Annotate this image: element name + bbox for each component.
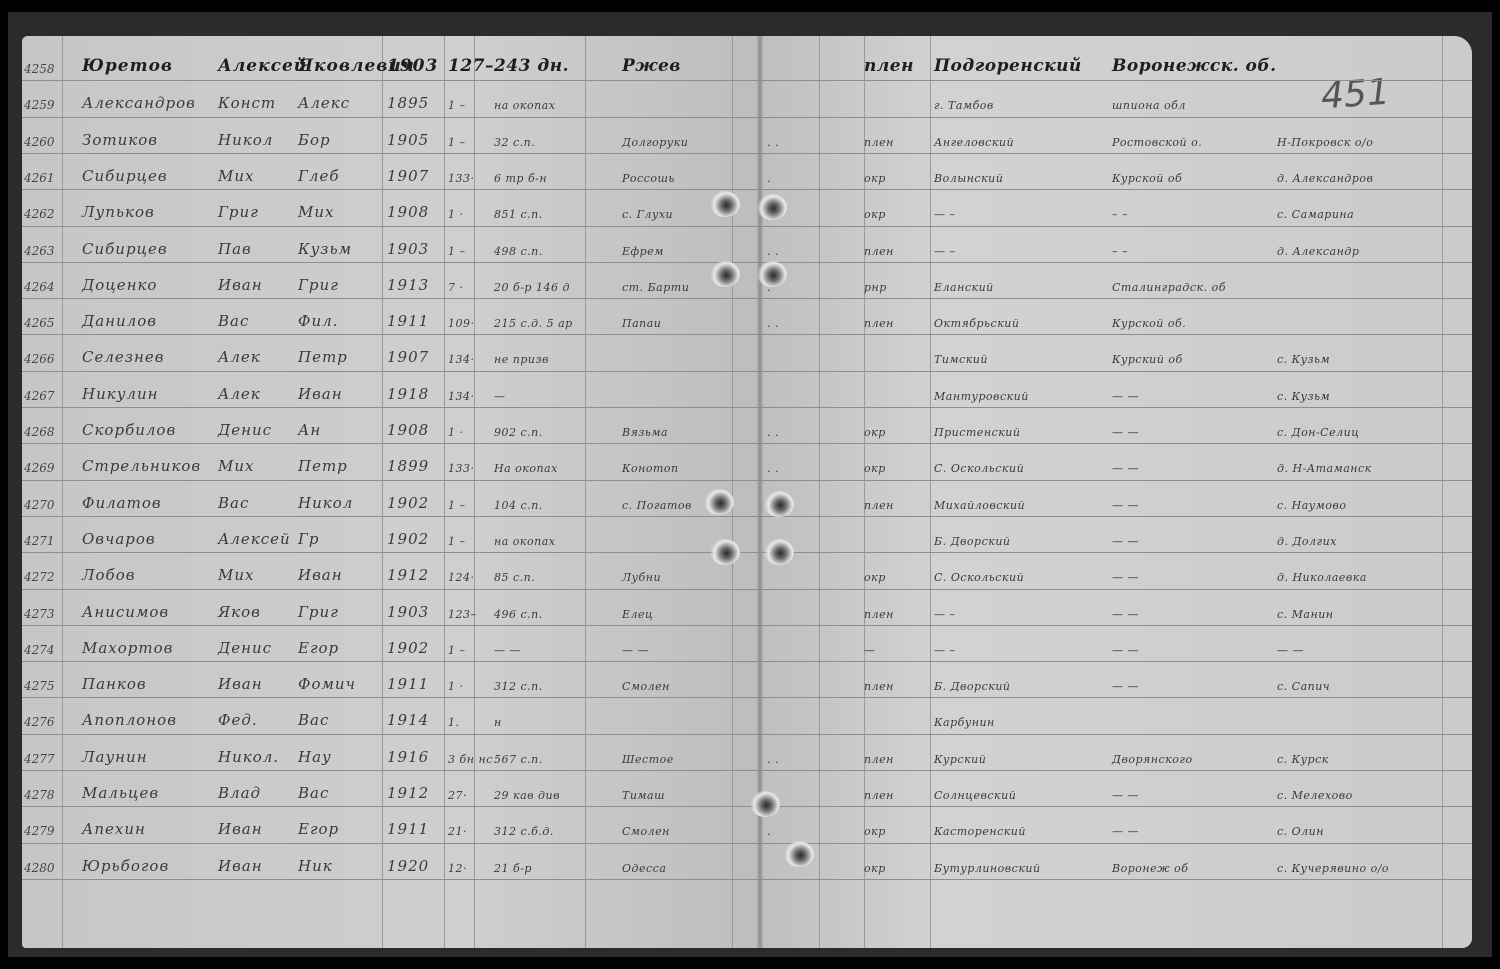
code: 133· xyxy=(448,462,475,475)
record-number: 4267 xyxy=(24,389,55,403)
record-number: 4263 xyxy=(24,244,55,258)
unit: 851 с.п. xyxy=(494,208,543,221)
patronymic: Гр xyxy=(298,530,320,548)
village: д. Николаевка xyxy=(1277,571,1367,584)
record-number: 4264 xyxy=(24,280,55,294)
record-number: 4260 xyxy=(24,135,55,149)
table-row: 4275ПанковИванФомич19111 ·312 с.п.Смолен… xyxy=(22,661,1472,697)
code: 12· xyxy=(448,862,467,875)
patronymic: Петр xyxy=(298,348,348,366)
status: окр xyxy=(864,172,886,185)
status: — xyxy=(864,644,876,657)
table-row: 4278МальцевВладВас191227·29 кав дивТимаш… xyxy=(22,770,1472,806)
village: с. Самарина xyxy=(1277,208,1354,221)
unit: 567 с.п. xyxy=(494,753,543,766)
status: окр xyxy=(864,862,886,875)
first-name: Григ xyxy=(218,203,259,221)
region: — — xyxy=(1112,426,1139,439)
region: — — xyxy=(1112,535,1139,548)
record-number: 4276 xyxy=(24,715,55,729)
code: 27· xyxy=(448,789,467,802)
birth-year: 1916 xyxy=(387,748,429,766)
surname: Филатов xyxy=(82,494,162,512)
district: Карбунин xyxy=(934,716,995,729)
record-number: 4274 xyxy=(24,643,55,657)
first-name: Никол. xyxy=(218,748,279,766)
birth-year: 1907 xyxy=(387,167,429,185)
birth-year: 1899 xyxy=(387,457,429,475)
record-number: 4265 xyxy=(24,316,55,330)
patronymic: Вас xyxy=(298,711,329,729)
table-row: 4266СелезневАлекПетр1907134·не призвТимс… xyxy=(22,334,1472,370)
district: Бутурлиновский xyxy=(934,862,1041,875)
village: с. Сапич xyxy=(1277,680,1330,693)
unit: на окопах xyxy=(494,99,555,112)
status: окр xyxy=(864,426,886,439)
place: Ефрем xyxy=(622,245,664,258)
birth-year: 1918 xyxy=(387,385,429,403)
surname: Махортов xyxy=(82,639,173,657)
surname: Селезнев xyxy=(82,348,164,366)
region: шпиона обл xyxy=(1112,99,1186,112)
first-name: Яков xyxy=(218,603,261,621)
status: плен xyxy=(864,789,894,802)
unit: 902 с.п. xyxy=(494,426,543,439)
place: Папаи xyxy=(622,317,661,330)
place: Ржев xyxy=(622,56,681,76)
first-name: Вас xyxy=(218,312,249,330)
place: — — xyxy=(622,644,649,657)
unit: 312 с.б.д. xyxy=(494,825,554,838)
region: — — xyxy=(1112,825,1139,838)
patronymic: Мих xyxy=(298,203,334,221)
table-row: 4262ЛупьковГригМих19081 ·851 с.п.с. Глух… xyxy=(22,189,1472,225)
code: 1 – xyxy=(448,136,466,149)
place: ст. Барти xyxy=(622,281,689,294)
region: Курской об. xyxy=(1112,317,1186,330)
surname: Лобов xyxy=(82,566,135,584)
birth-year: 1902 xyxy=(387,530,429,548)
village: — — xyxy=(1277,644,1304,657)
region: — — xyxy=(1112,680,1139,693)
table-row: 4272ЛобовМихИван1912124·85 с.п.ЛубниокрС… xyxy=(22,552,1472,588)
place: Вязьма xyxy=(622,426,668,439)
region: — — xyxy=(1112,499,1139,512)
region: Воронеж об xyxy=(1112,862,1188,875)
record-number: 4273 xyxy=(24,607,55,621)
punch-hole xyxy=(710,539,740,565)
first-name: Иван xyxy=(218,276,263,294)
unit: не призв xyxy=(494,353,549,366)
code: 1 · xyxy=(448,208,464,221)
first-name: Никол xyxy=(218,131,273,149)
district: г. Тамбов xyxy=(934,99,994,112)
patronymic: Ник xyxy=(298,857,333,875)
unit: 6 тр б-н xyxy=(494,172,547,185)
first-name: Мих xyxy=(218,566,254,584)
district: — – xyxy=(934,208,956,221)
first-name: Влад xyxy=(218,784,261,802)
region: Воронежск. об. xyxy=(1112,56,1277,76)
patronymic: Григ xyxy=(298,603,339,621)
place: Шестое xyxy=(622,753,674,766)
district: Солнцевский xyxy=(934,789,1016,802)
table-row: 4261СибирцевМихГлеб1907133·6 тр б-нРоссо… xyxy=(22,153,1472,189)
status: плен xyxy=(864,56,914,76)
unit: 312 с.п. xyxy=(494,680,543,693)
table-row: 4260ЗотиковНиколБор19051 –32 с.п.Долгору… xyxy=(22,117,1472,153)
place: Россошь xyxy=(622,172,675,185)
surname: Лупьков xyxy=(82,203,155,221)
birth-year: 1908 xyxy=(387,203,429,221)
unit: на окопах xyxy=(494,535,555,548)
table-row: 4258ЮретовАлексейЯковлевич1903127–243 дн… xyxy=(22,44,1472,80)
status: окр xyxy=(864,208,886,221)
village: с. Наумово xyxy=(1277,499,1346,512)
status: плен xyxy=(864,753,894,766)
region: – – xyxy=(1112,245,1128,258)
first-name: Денис xyxy=(218,639,272,657)
first-name: Алексей xyxy=(218,530,291,548)
code: 123– xyxy=(448,608,477,621)
punch-hole xyxy=(704,489,734,515)
village: с. Кузьм xyxy=(1277,390,1330,403)
patronymic: Ан xyxy=(298,421,321,439)
village: с. Дон-Селиц xyxy=(1277,426,1359,439)
ledger-book: 451 4258ЮретовАлексейЯковлевич1903127–24… xyxy=(22,36,1472,948)
place: Одесса xyxy=(622,862,666,875)
record-number: 4278 xyxy=(24,788,55,802)
unit: 498 с.п. xyxy=(494,245,543,258)
first-name: Вас xyxy=(218,494,249,512)
village: с. Олин xyxy=(1277,825,1324,838)
record-number: 4279 xyxy=(24,824,55,838)
status: плен xyxy=(864,680,894,693)
district: — – xyxy=(934,608,956,621)
record-number: 4262 xyxy=(24,207,55,221)
surname: Стрельников xyxy=(82,457,201,475)
village: с. Курск xyxy=(1277,753,1329,766)
region: — — xyxy=(1112,462,1139,475)
punch-hole xyxy=(710,191,740,217)
village: с. Мелехово xyxy=(1277,789,1353,802)
first-name: Иван xyxy=(218,675,263,693)
table-row: 4274МахортовДенисЕгор19021 –— —— ——— –— … xyxy=(22,625,1472,661)
first-name: Фед. xyxy=(218,711,258,729)
patronymic: Иван xyxy=(298,385,343,403)
surname: Панков xyxy=(82,675,147,693)
birth-year: 1920 xyxy=(387,857,429,875)
unit: 104 с.п. xyxy=(494,499,543,512)
surname: Лаунин xyxy=(82,748,148,766)
table-row: 4271ОвчаровАлексейГр19021 –на окопахБ. Д… xyxy=(22,516,1472,552)
place: Елец xyxy=(622,608,653,621)
punch-hole xyxy=(757,261,787,287)
surname: Юретов xyxy=(82,56,173,76)
unit: 243 дн. xyxy=(494,56,569,76)
code: 1 – xyxy=(448,245,466,258)
place: Тимаш xyxy=(622,789,665,802)
table-row: 4264ДоценкоИванГриг19137 ·20 б-р 146 дст… xyxy=(22,262,1472,298)
first-name: Алек xyxy=(218,385,261,403)
punch-hole xyxy=(757,194,787,220)
birth-year: 1914 xyxy=(387,711,429,729)
record-number: 4269 xyxy=(24,461,55,475)
status: окр xyxy=(864,825,886,838)
region: — — xyxy=(1112,789,1139,802)
village: д. Долгих xyxy=(1277,535,1337,548)
status: плен xyxy=(864,608,894,621)
first-name: Алек xyxy=(218,348,261,366)
unit: — — xyxy=(494,644,521,657)
place: Смолен xyxy=(622,825,670,838)
patronymic: Никол xyxy=(298,494,353,512)
code: 7 · xyxy=(448,281,464,294)
first-name: Пав xyxy=(218,240,252,258)
district: Тимский xyxy=(934,353,988,366)
table-row: 4279АпехинИванЕгор191121·312 с.б.д.Смоле… xyxy=(22,806,1472,842)
code: 134· xyxy=(448,390,475,403)
patronymic: Алекс xyxy=(298,94,350,112)
district: С. Оскольский xyxy=(934,462,1024,475)
code: 1 – xyxy=(448,535,466,548)
region: Дворянского xyxy=(1112,753,1193,766)
place: Конотоп xyxy=(622,462,679,475)
birth-year: 1905 xyxy=(387,131,429,149)
region: — — xyxy=(1112,608,1139,621)
punch-hole xyxy=(764,539,794,565)
code: 3 бн нс xyxy=(448,753,493,766)
code: 133· xyxy=(448,172,475,185)
code: 1. xyxy=(448,716,460,729)
record-number: 4272 xyxy=(24,570,55,584)
birth-year: 1895 xyxy=(387,94,429,112)
place: Долгоруки xyxy=(622,136,688,149)
surname: Скорбилов xyxy=(82,421,176,439)
district: Б. Дворский xyxy=(934,535,1010,548)
marks: . . xyxy=(767,317,779,330)
record-number: 4259 xyxy=(24,98,55,112)
code: 21· xyxy=(448,825,467,838)
surname: Овчаров xyxy=(82,530,156,548)
table-row: 4263СибирцевПавКузьм19031 –498 с.п.Ефрем… xyxy=(22,226,1472,262)
birth-year: 1912 xyxy=(387,784,429,802)
record-number: 4268 xyxy=(24,425,55,439)
patronymic: Егор xyxy=(298,639,339,657)
birth-year: 1911 xyxy=(387,312,429,330)
birth-year: 1911 xyxy=(387,675,429,693)
district: Касторенский xyxy=(934,825,1026,838)
code: 127– xyxy=(448,56,494,76)
row-rule xyxy=(22,879,1472,880)
birth-year: 1912 xyxy=(387,566,429,584)
surname: Апоплонов xyxy=(82,711,177,729)
patronymic: Вас xyxy=(298,784,329,802)
code: 1 · xyxy=(448,426,464,439)
district: С. Оскольский xyxy=(934,571,1024,584)
village: Н-Покровск о/о xyxy=(1277,136,1373,149)
region: — — xyxy=(1112,571,1139,584)
village: д. Н-Атаманск xyxy=(1277,462,1372,475)
birth-year: 1913 xyxy=(387,276,429,294)
code: 1 – xyxy=(448,99,466,112)
code: 1 – xyxy=(448,644,466,657)
region: — — xyxy=(1112,390,1139,403)
patronymic: Глеб xyxy=(298,167,340,185)
code: 1 · xyxy=(448,680,464,693)
surname: Анисимов xyxy=(82,603,169,621)
patronymic: Бор xyxy=(298,131,331,149)
first-name: Иван xyxy=(218,820,263,838)
surname: Александров xyxy=(82,94,196,112)
region: — — xyxy=(1112,644,1139,657)
record-number: 4266 xyxy=(24,352,55,366)
marks: . xyxy=(767,172,771,185)
village: д. Александров xyxy=(1277,172,1373,185)
first-name: Алексей xyxy=(218,56,307,76)
birth-year: 1902 xyxy=(387,494,429,512)
table-row: 4280ЮрьбоговИванНик192012·21 б-рОдессаок… xyxy=(22,843,1472,879)
surname: Мальцев xyxy=(82,784,159,802)
record-number: 4277 xyxy=(24,752,55,766)
surname: Данилов xyxy=(82,312,157,330)
unit: На окопах xyxy=(494,462,558,475)
status: плен xyxy=(864,136,894,149)
surname: Никулин xyxy=(82,385,159,403)
district: Пристенский xyxy=(934,426,1020,439)
unit: 32 с.п. xyxy=(494,136,535,149)
marks: . . xyxy=(767,136,779,149)
birth-year: 1908 xyxy=(387,421,429,439)
punch-hole xyxy=(710,261,740,287)
marks: . . xyxy=(767,426,779,439)
table-row: 4259АлександровКонстАлекс18951 –на окопа… xyxy=(22,80,1472,116)
first-name: Мих xyxy=(218,167,254,185)
code: 124· xyxy=(448,571,475,584)
code: 134· xyxy=(448,353,475,366)
marks: . . xyxy=(767,462,779,475)
unit: 496 с.п. xyxy=(494,608,543,621)
birth-year: 1902 xyxy=(387,639,429,657)
record-number: 4275 xyxy=(24,679,55,693)
district: Ангеловский xyxy=(934,136,1014,149)
record-number: 4261 xyxy=(24,171,55,185)
marks: . . xyxy=(767,245,779,258)
region: Сталинградск. об xyxy=(1112,281,1226,294)
code: 109· xyxy=(448,317,475,330)
place: Лубни xyxy=(622,571,661,584)
place: с. Глухи xyxy=(622,208,673,221)
punch-hole xyxy=(784,841,814,867)
patronymic: Нау xyxy=(298,748,332,766)
village: с. Манин xyxy=(1277,608,1334,621)
first-name: Мих xyxy=(218,457,254,475)
birth-year: 1911 xyxy=(387,820,429,838)
unit: 20 б-р 146 д xyxy=(494,281,570,294)
village: д. Александр xyxy=(1277,245,1359,258)
surname: Апехин xyxy=(82,820,146,838)
region: – – xyxy=(1112,208,1128,221)
birth-year: 1903 xyxy=(387,240,429,258)
patronymic: Фил. xyxy=(298,312,338,330)
village: с. Кузьм xyxy=(1277,353,1330,366)
record-number: 4280 xyxy=(24,861,55,875)
district: Октябрьский xyxy=(934,317,1019,330)
table-row: 4276АпоплоновФед.Вас19141.нКарбунин xyxy=(22,697,1472,733)
status: окр xyxy=(864,571,886,584)
district: Волынский xyxy=(934,172,1003,185)
status: плен xyxy=(864,317,894,330)
surname: Зотиков xyxy=(82,131,158,149)
unit: 215 с.д. 5 ар xyxy=(494,317,573,330)
punch-hole xyxy=(750,791,780,817)
place: Смолен xyxy=(622,680,670,693)
surname: Доценко xyxy=(82,276,157,294)
table-row: 4265ДаниловВасФил.1911109·215 с.д. 5 арП… xyxy=(22,298,1472,334)
unit: 85 с.п. xyxy=(494,571,535,584)
marks: . . xyxy=(767,753,779,766)
district: Подгоренский xyxy=(934,56,1082,76)
birth-year: 1903 xyxy=(387,603,429,621)
unit: — xyxy=(494,390,506,403)
village: с. Кучерявино о/о xyxy=(1277,862,1389,875)
district: Б. Дворский xyxy=(934,680,1010,693)
status: окр xyxy=(864,462,886,475)
district: Михайловский xyxy=(934,499,1025,512)
table-row: 4269СтрельниковМихПетр1899133·На окопахК… xyxy=(22,443,1472,479)
region: Курской об xyxy=(1112,172,1182,185)
district: — – xyxy=(934,644,956,657)
table-row: 4273АнисимовЯковГриг1903123–496 с.п.Елец… xyxy=(22,589,1472,625)
region: Курский об xyxy=(1112,353,1183,366)
birth-year: 1903 xyxy=(387,56,438,76)
unit: 29 кав див xyxy=(494,789,560,802)
place: с. Погатов xyxy=(622,499,692,512)
status: рнр xyxy=(864,281,887,294)
record-number: 4271 xyxy=(24,534,55,548)
birth-year: 1907 xyxy=(387,348,429,366)
patronymic: Егор xyxy=(298,820,339,838)
table-row: 4268СкорбиловДенисАн19081 ·902 с.п.Вязьм… xyxy=(22,407,1472,443)
patronymic: Фомич xyxy=(298,675,356,693)
patronymic: Григ xyxy=(298,276,339,294)
table-row: 4277ЛаунинНикол.Нау19163 бн нс567 с.п.Ше… xyxy=(22,734,1472,770)
status: плен xyxy=(864,245,894,258)
surname: Сибирцев xyxy=(82,167,168,185)
table-row: 4270ФилатовВасНикол19021 –104 с.п.с. Пог… xyxy=(22,480,1472,516)
district: Еланский xyxy=(934,281,994,294)
district: — – xyxy=(934,245,956,258)
region: Ростовской о. xyxy=(1112,136,1202,149)
unit: 21 б-р xyxy=(494,862,532,875)
record-number: 4258 xyxy=(24,62,55,76)
surname: Юрьбогов xyxy=(82,857,169,875)
patronymic: Кузьм xyxy=(298,240,352,258)
first-name: Иван xyxy=(218,857,263,875)
district: Курский xyxy=(934,753,986,766)
punch-hole xyxy=(764,491,794,517)
table-row: 4267НикулинАлекИван1918134·—Мантуровский… xyxy=(22,371,1472,407)
district: Мантуровский xyxy=(934,390,1029,403)
marks: . xyxy=(767,825,771,838)
code: 1 – xyxy=(448,499,466,512)
first-name: Конст xyxy=(218,94,276,112)
surname: Сибирцев xyxy=(82,240,168,258)
status: плен xyxy=(864,499,894,512)
record-number: 4270 xyxy=(24,498,55,512)
patronymic: Петр xyxy=(298,457,348,475)
patronymic: Иван xyxy=(298,566,343,584)
